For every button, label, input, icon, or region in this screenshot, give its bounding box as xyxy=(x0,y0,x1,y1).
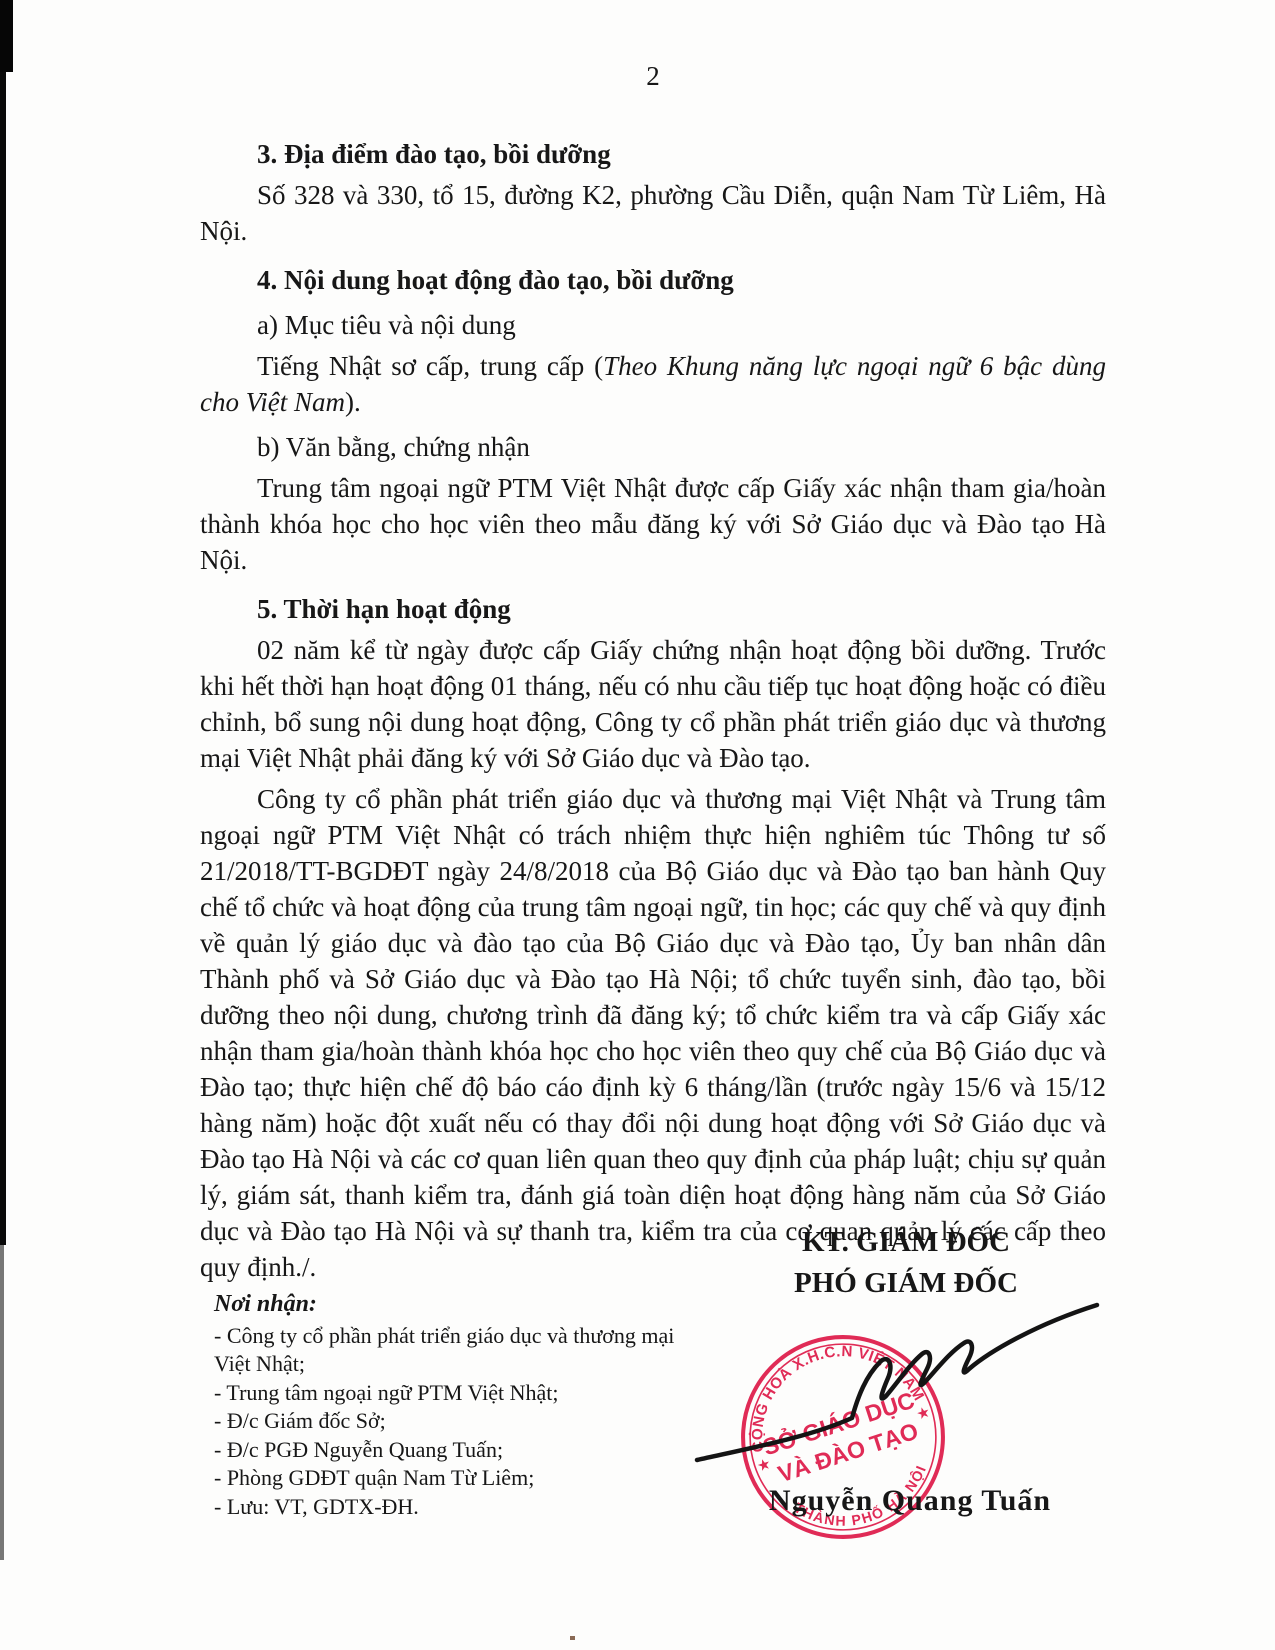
scan-corner-artifact xyxy=(0,0,13,72)
section-3-body: Số 328 và 330, tổ 15, đường K2, phường C… xyxy=(200,177,1106,249)
section-4a-body: Tiếng Nhật sơ cấp, trung cấp (Theo Khung… xyxy=(200,348,1106,420)
handwritten-signature xyxy=(640,1266,1120,1498)
section-4a-label: a) Mục tiêu và nội dung xyxy=(200,307,1106,343)
section-4a-body-close: ). xyxy=(345,387,361,417)
recipient-item: - Lưu: VT, GDTX-ĐH. xyxy=(214,1493,688,1522)
scan-speck xyxy=(570,1636,575,1640)
section-3-heading: 3. Địa điểm đào tạo, bồi dưỡng xyxy=(200,136,1106,172)
closing-paragraph: Công ty cổ phần phát triển giáo dục và t… xyxy=(200,781,1106,1285)
recipient-item: - Phòng GDĐT quận Nam Từ Liêm; xyxy=(214,1464,688,1493)
section-4b-body: Trung tâm ngoại ngữ PTM Việt Nhật được c… xyxy=(200,470,1106,578)
recipient-item: - Đ/c PGĐ Nguyễn Quang Tuấn; xyxy=(214,1436,688,1465)
signer-name: Nguyễn Quang Tuấn xyxy=(700,1484,1120,1518)
section-4b-label: b) Văn bằng, chứng nhận xyxy=(200,429,1106,465)
recipients-block: Nơi nhận: - Công ty cổ phần phát triển g… xyxy=(214,1290,688,1521)
recipients-label: Nơi nhận: xyxy=(214,1290,688,1319)
section-5-body: 02 năm kể từ ngày được cấp Giấy chứng nh… xyxy=(200,632,1106,776)
document-body: 2 3. Địa điểm đào tạo, bồi dưỡng Số 328 … xyxy=(200,58,1106,1290)
section-4a-body-regular: Tiếng Nhật sơ cấp, trung cấp ( xyxy=(257,351,603,381)
scan-edge-artifact xyxy=(0,0,6,1245)
recipient-item: - Đ/c Giám đốc Sở; xyxy=(214,1407,688,1436)
signature-title-line1: KT. GIÁM ĐỐC xyxy=(690,1222,1122,1263)
scan-edge-artifact-lower xyxy=(0,1245,4,1560)
section-4-heading: 4. Nội dung hoạt động đào tạo, bồi dưỡng xyxy=(200,262,1106,298)
signature-stroke xyxy=(697,1305,1097,1460)
page-number: 2 xyxy=(200,58,1106,94)
scanned-document-page: 2 3. Địa điểm đào tạo, bồi dưỡng Số 328 … xyxy=(0,0,1275,1650)
section-5-heading: 5. Thời hạn hoạt động xyxy=(200,591,1106,627)
recipient-item: - Công ty cổ phần phát triển giáo dục và… xyxy=(214,1322,688,1379)
recipient-item: - Trung tâm ngoại ngữ PTM Việt Nhật; xyxy=(214,1379,688,1408)
